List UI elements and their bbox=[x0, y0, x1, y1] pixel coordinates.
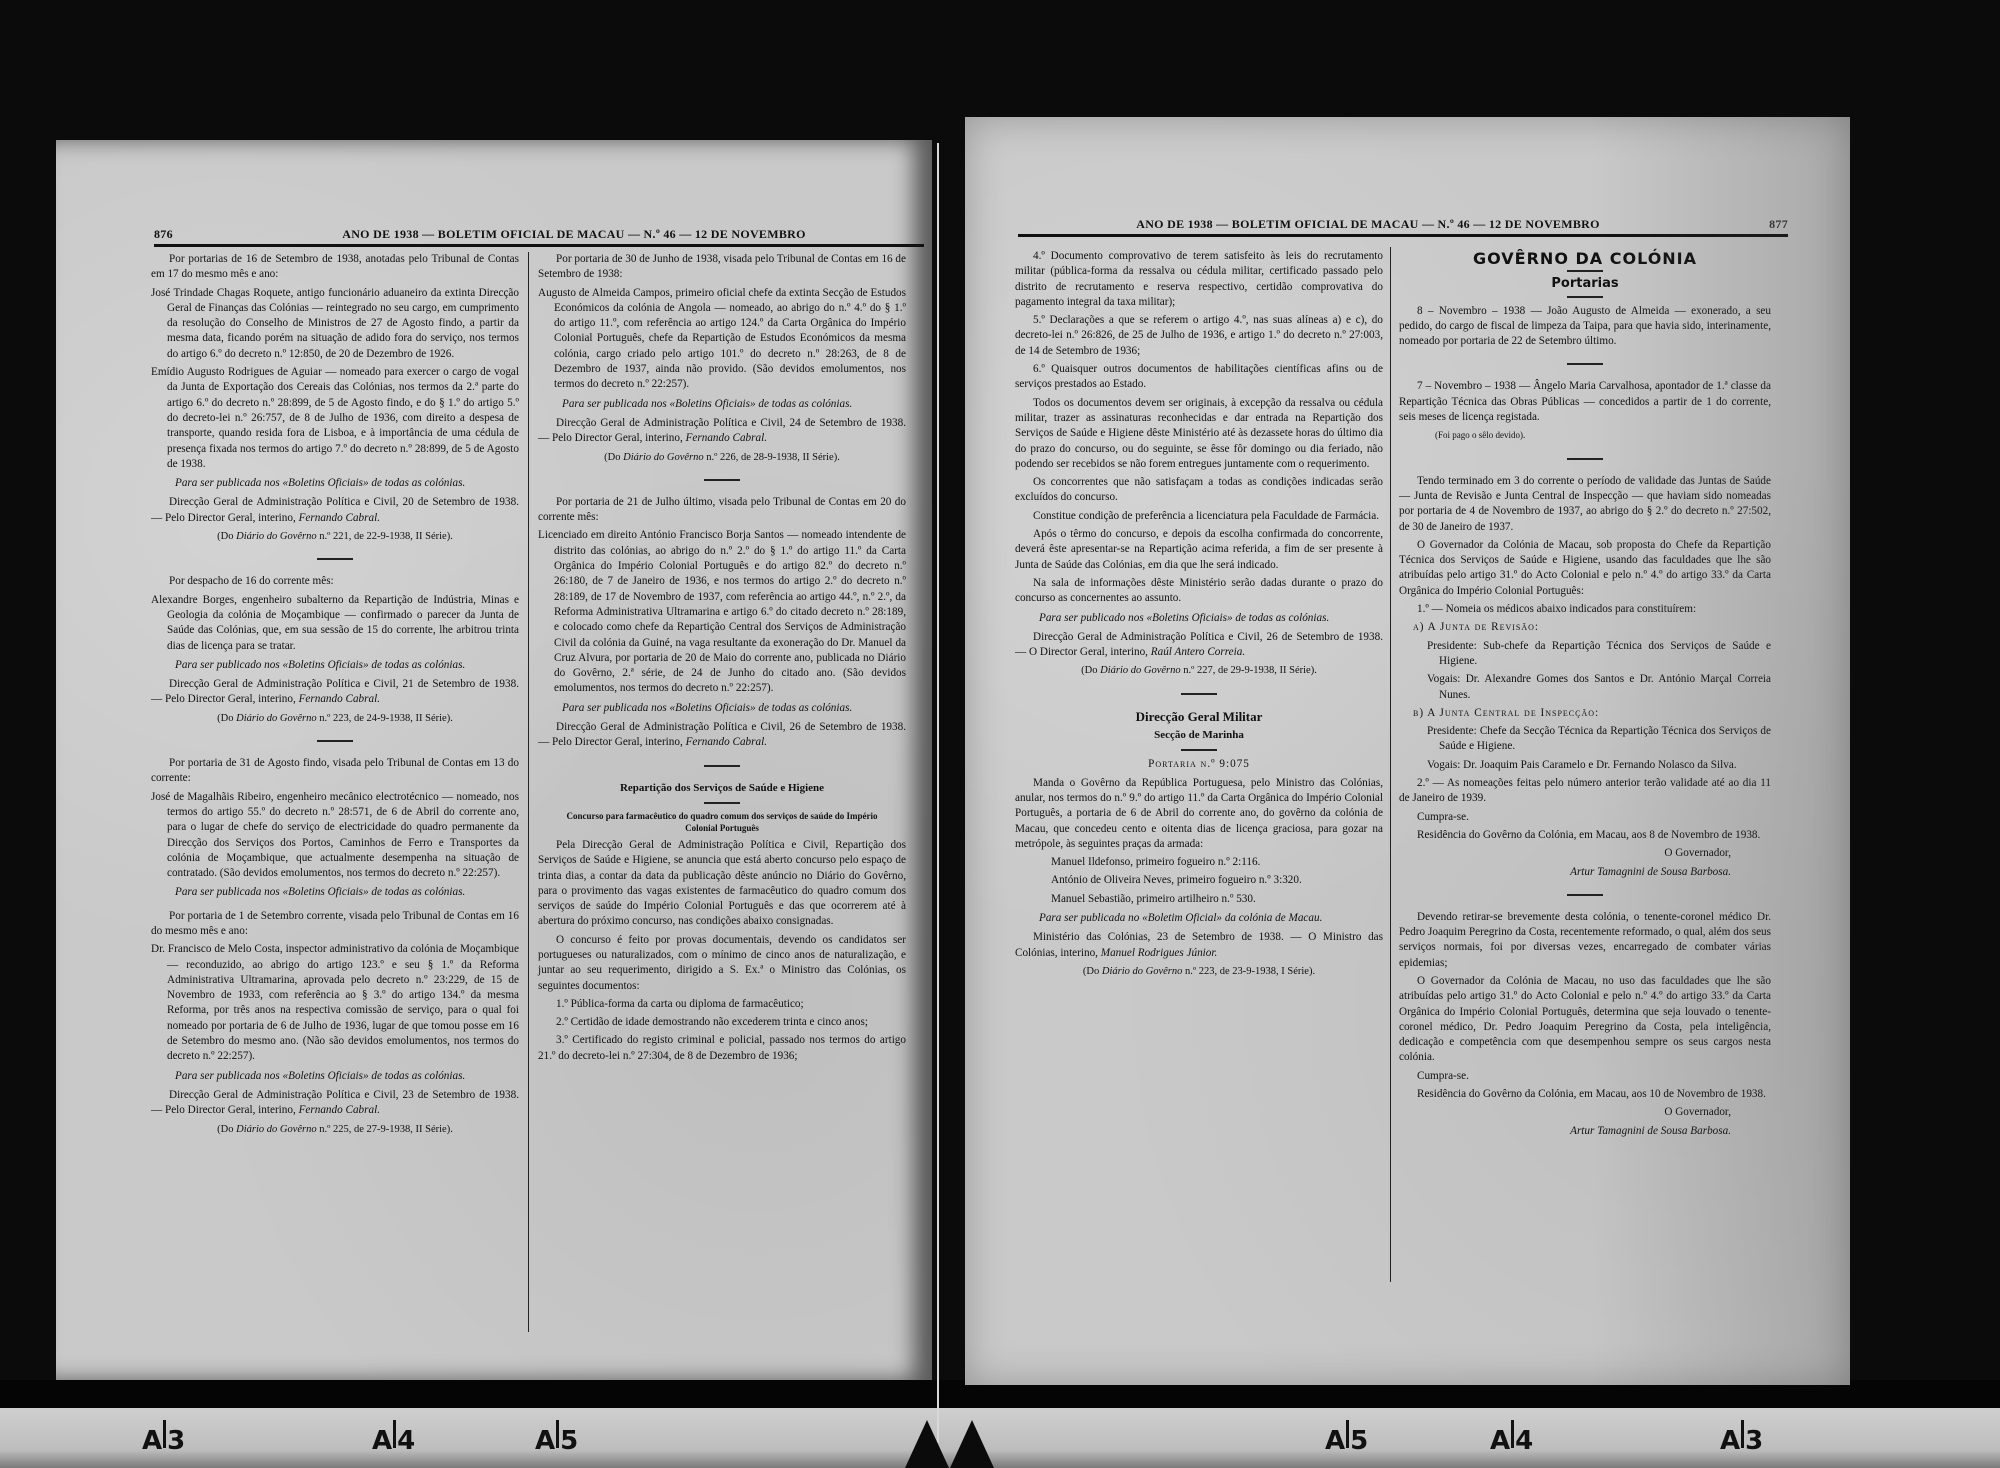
source-citation: (Do Diário do Govêrno n.º 227, de 29-9-1… bbox=[1015, 663, 1383, 678]
section-heading: GOVÊRNO DA COLÓNIA bbox=[1399, 251, 1771, 266]
section-subheading: Concurso para farmacêutico do quadro com… bbox=[550, 810, 894, 834]
film-marker: A3 bbox=[1720, 1426, 1763, 1456]
paragraph: Tendo terminado em 3 do corrente o perío… bbox=[1399, 474, 1771, 535]
frame-wedge bbox=[950, 1420, 994, 1468]
separator bbox=[1181, 693, 1217, 695]
list-item: Presidente: Sub-chefe da Repartição Técn… bbox=[1399, 639, 1771, 670]
signer: Raúl Antero Correia. bbox=[1151, 646, 1245, 658]
publication-note: Para ser publicada nos «Boletins Oficiai… bbox=[538, 701, 906, 716]
section-heading: Direcção Geral Militar bbox=[1015, 709, 1383, 724]
publication-note: Para ser publicada nos «Boletins Oficiai… bbox=[151, 476, 519, 491]
paragraph: O Governador da Colónia de Macau, no uso… bbox=[1399, 974, 1771, 1066]
signer-title: O Governador, bbox=[1399, 1105, 1771, 1120]
paragraph: Por portaria de 31 de Agosto findo, visa… bbox=[151, 756, 519, 787]
signature-line: Direcção Geral de Administração Política… bbox=[538, 416, 906, 447]
left-page: 876 ANO DE 1938 — BOLETIM OFICIAL DE MAC… bbox=[56, 140, 932, 1380]
source-citation: (Do Diário do Govêrno n.º 226, de 28-9-1… bbox=[538, 450, 906, 465]
separator bbox=[704, 479, 740, 481]
paragraph: Por despacho de 16 do corrente mês: bbox=[151, 574, 519, 589]
source-citation: (Do Diário do Govêrno n.º 223, de 24-9-1… bbox=[151, 711, 519, 726]
signature-line: Direcção Geral de Administração Política… bbox=[151, 677, 519, 708]
signer: Fernando Cabral. bbox=[299, 512, 380, 524]
paragraph: Cumpra-se. bbox=[1399, 1069, 1771, 1084]
list-item: 4.º Documento comprovativo de terem sati… bbox=[1015, 249, 1383, 310]
paragraph: O concurso é feito por provas documentai… bbox=[538, 933, 906, 994]
signer: Fernando Cabral. bbox=[299, 693, 380, 705]
list-item: 3.º Certificado do registo criminal e po… bbox=[538, 1033, 906, 1064]
signer-title: O Governador, bbox=[1399, 846, 1771, 861]
paragraph: Por portaria de 21 de Julho último, visa… bbox=[538, 495, 906, 526]
film-marker: A5 bbox=[1325, 1426, 1368, 1456]
signer: Fernando Cabral. bbox=[299, 1104, 380, 1116]
paragraph: Alexandre Borges, engenheiro subalterno … bbox=[151, 593, 519, 654]
publication-note: Para ser publicada nos «Boletins Oficiai… bbox=[151, 1069, 519, 1084]
list-item: Vogais: Dr. Alexandre Gomes dos Santos e… bbox=[1399, 672, 1771, 703]
paragraph: Devendo retirar-se brevemente desta coló… bbox=[1399, 910, 1771, 971]
paragraph: Licenciado em direito António Francisco … bbox=[538, 528, 906, 696]
paragraph: Residência do Govêrno da Colónia, em Mac… bbox=[1399, 1087, 1771, 1102]
page-number: 876 bbox=[154, 227, 224, 242]
separator bbox=[1181, 749, 1217, 751]
list-item: 6.º Quaisquer outros documentos de habil… bbox=[1015, 362, 1383, 393]
signature-line: Direcção Geral de Administração Política… bbox=[538, 720, 906, 751]
gutter-line bbox=[937, 143, 939, 1443]
paragraph: Emídio Augusto Rodrigues de Aguiar — nom… bbox=[151, 365, 519, 472]
signature-line: Ministério das Colónias, 23 de Setembro … bbox=[1015, 930, 1383, 961]
paragraph: O Governador da Colónia de Macau, sob pr… bbox=[1399, 538, 1771, 599]
left-column-2: Por portaria de 30 de Junho de 1938, vis… bbox=[538, 252, 906, 1067]
signer: Fernando Cabral. bbox=[686, 736, 767, 748]
list-item: 1.º — Nomeia os médicos abaixo indicados… bbox=[1399, 602, 1771, 617]
column-rule bbox=[528, 252, 529, 1332]
paragraph: Dr. Francisco de Melo Costa, inspector a… bbox=[151, 942, 519, 1064]
paragraph: Manda o Govêrno da República Portuguesa,… bbox=[1015, 776, 1383, 852]
source-citation: (Do Diário do Govêrno n.º 221, de 22-9-1… bbox=[151, 529, 519, 544]
publication-note: Para ser publicado nos «Boletins Oficiai… bbox=[151, 658, 519, 673]
running-head-left: 876 ANO DE 1938 — BOLETIM OFICIAL DE MAC… bbox=[154, 227, 924, 247]
paragraph: Por portarias de 16 de Setembro de 1938,… bbox=[151, 252, 519, 283]
publication-note: Para ser publicada no «Boletim Oficial» … bbox=[1015, 911, 1383, 926]
signature-line: Direcção Geral de Administração Política… bbox=[151, 1088, 519, 1119]
column-rule bbox=[1390, 247, 1391, 1282]
page-number: 877 bbox=[1718, 217, 1788, 232]
publication-note: Para ser publicada nos «Boletins Oficiai… bbox=[151, 885, 519, 900]
portaria-label: Portaria n.º 9:075 bbox=[1015, 757, 1383, 772]
right-column-1: 4.º Documento comprovativo de terem sati… bbox=[1015, 249, 1383, 985]
separator bbox=[1567, 270, 1603, 272]
film-marker: A4 bbox=[1490, 1426, 1533, 1456]
list-item: Vogais: Dr. Joaquim Pais Caramelo e Dr. … bbox=[1399, 758, 1771, 773]
right-page: ANO DE 1938 — BOLETIM OFICIAL DE MACAU —… bbox=[965, 117, 1850, 1385]
separator bbox=[317, 740, 353, 742]
paragraph: Cumpra-se. bbox=[1399, 810, 1771, 825]
list-item: 1.º Pública-forma da carta ou diploma de… bbox=[538, 997, 906, 1012]
signature-line: Direcção Geral de Administração Política… bbox=[1015, 630, 1383, 661]
signer: Artur Tamagnini de Sousa Barbosa. bbox=[1399, 865, 1771, 880]
paragraph: Por portaria de 1 de Setembro corrente, … bbox=[151, 909, 519, 940]
publication-note: Para ser publicado nos «Boletins Oficiai… bbox=[1015, 611, 1383, 626]
separator bbox=[1567, 458, 1603, 460]
list-item: Presidente: Chefe da Secção Técnica da R… bbox=[1399, 724, 1771, 755]
paragraph: Após o têrmo do concurso, e depois da es… bbox=[1015, 527, 1383, 573]
section-subheading: Secção de Marinha bbox=[1015, 728, 1383, 743]
list-item: 5.º Declarações a que se referem o artig… bbox=[1015, 313, 1383, 359]
signer: Manuel Rodrigues Júnior. bbox=[1101, 947, 1218, 959]
list-item: Manuel Ildefonso, primeiro fogueiro n.º … bbox=[1051, 855, 1383, 870]
list-item: b) A Junta Central de Inspecção: bbox=[1399, 706, 1771, 721]
paragraph: Pela Direcção Geral de Administração Pol… bbox=[538, 838, 906, 930]
paragraph: 7 – Novembro – 1938 — Ângelo Maria Carva… bbox=[1399, 379, 1771, 425]
source-citation: (Do Diário do Govêrno n.º 225, de 27-9-1… bbox=[151, 1122, 519, 1137]
pracas-list: Manuel Ildefonso, primeiro fogueiro n.º … bbox=[1015, 855, 1383, 907]
separator bbox=[317, 558, 353, 560]
paragraph: Residência do Govêrno da Colónia, em Mac… bbox=[1399, 828, 1771, 843]
separator bbox=[1567, 363, 1603, 365]
list-item: 2.º — As nomeações feitas pelo número an… bbox=[1399, 776, 1771, 807]
separator bbox=[704, 765, 740, 767]
running-title: ANO DE 1938 — BOLETIM OFICIAL DE MACAU —… bbox=[224, 227, 924, 242]
list-item: António de Oliveira Neves, primeiro fogu… bbox=[1051, 873, 1383, 888]
paragraph: Todos os documentos devem ser originais,… bbox=[1015, 396, 1383, 472]
list-item: Manuel Sebastião, primeiro artilheiro n.… bbox=[1051, 892, 1383, 907]
signer: Artur Tamagnini de Sousa Barbosa. bbox=[1399, 1124, 1771, 1139]
paragraph: José de Magalhãis Ribeiro, engenheiro me… bbox=[151, 790, 519, 882]
note: (Foi pago o sêlo devido). bbox=[1399, 428, 1771, 443]
source-citation: (Do Diário do Govêrno n.º 223, de 23-9-1… bbox=[1015, 964, 1383, 979]
frame-wedge bbox=[905, 1420, 949, 1468]
list-item: 2.º Certidão de idade demostrando não ex… bbox=[538, 1015, 906, 1030]
section-subheading: Portarias bbox=[1399, 276, 1771, 291]
separator bbox=[1567, 894, 1603, 896]
paragraph: José Trindade Chagas Roquete, antigo fun… bbox=[151, 286, 519, 362]
separator bbox=[704, 802, 740, 804]
list-item: a) A Junta de Revisão: bbox=[1399, 620, 1771, 635]
signer: Fernando Cabral. bbox=[686, 432, 767, 444]
section-heading: Repartição dos Serviços de Saúde e Higie… bbox=[538, 781, 906, 796]
separator bbox=[1567, 296, 1603, 298]
paragraph: Na sala de informações dêste Ministério … bbox=[1015, 576, 1383, 607]
running-title: ANO DE 1938 — BOLETIM OFICIAL DE MACAU —… bbox=[1018, 217, 1718, 232]
film-marker: A4 bbox=[372, 1426, 415, 1456]
publication-note: Para ser publicada nos «Boletins Oficiai… bbox=[538, 397, 906, 412]
film-marker: A5 bbox=[535, 1426, 578, 1456]
paragraph: Os concorrentes que não satisfaçam a tod… bbox=[1015, 475, 1383, 506]
paragraph: Por portaria de 30 de Junho de 1938, vis… bbox=[538, 252, 906, 283]
paragraph: 8 – Novembro – 1938 — João Augusto de Al… bbox=[1399, 304, 1771, 350]
paragraph: Augusto de Almeida Campos, primeiro ofic… bbox=[538, 286, 906, 393]
running-head-right: ANO DE 1938 — BOLETIM OFICIAL DE MACAU —… bbox=[1018, 217, 1788, 237]
left-column-1: Por portarias de 16 de Setembro de 1938,… bbox=[151, 252, 519, 1143]
film-index-strip bbox=[0, 1408, 2000, 1468]
signature-line: Direcção Geral de Administração Política… bbox=[151, 495, 519, 526]
film-marker: A3 bbox=[142, 1426, 185, 1456]
right-column-2: GOVÊRNO DA COLÓNIA Portarias 8 – Novembr… bbox=[1399, 249, 1771, 1142]
paragraph: Constitue condição de preferência a lice… bbox=[1015, 509, 1383, 524]
